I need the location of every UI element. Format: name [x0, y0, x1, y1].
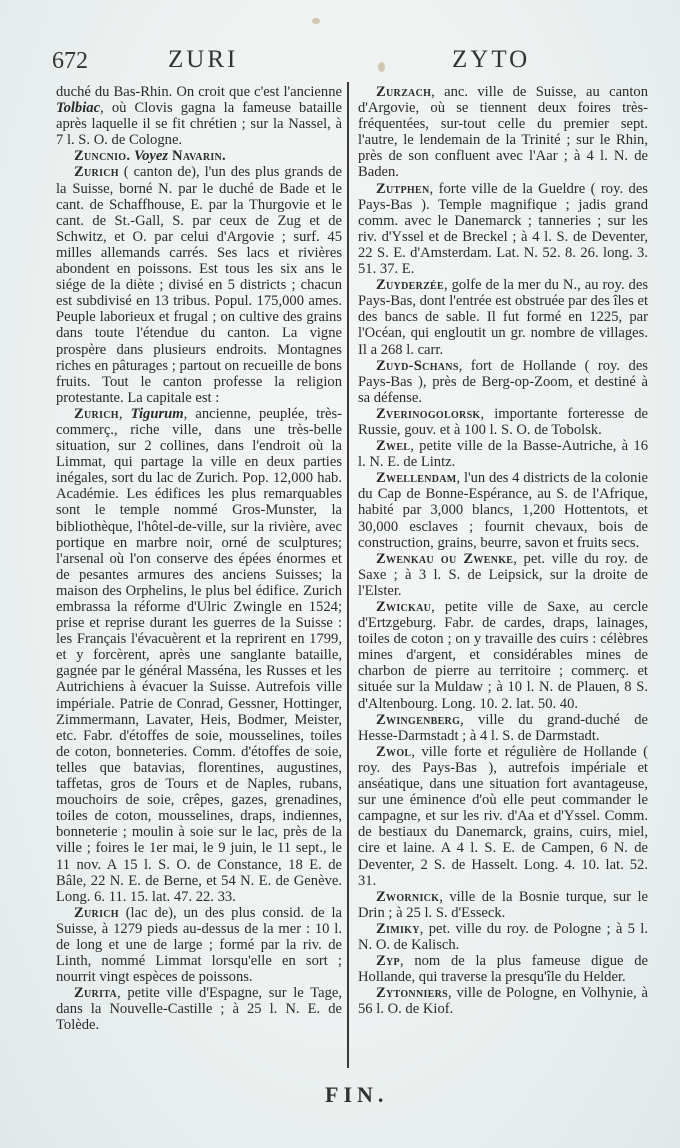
dictionary-entry: Zimiky, pet. ville du roy. de Pologne ; … [358, 921, 648, 953]
entry-headword: Zwingenberg [376, 712, 460, 728]
dictionary-entry: Zurita, petite ville d'Espagne, sur le T… [56, 985, 342, 1033]
dictionary-entry: Zurich ( canton de), l'un des plus grand… [56, 164, 342, 405]
dictionary-entry: Zurich (lac de), un des plus consid. de … [56, 905, 342, 985]
dictionary-entry: Zurich, Tigurum, ancienne, peuplée, très… [56, 406, 342, 905]
entry-headword: Zurich [74, 905, 119, 921]
dictionary-entry: Zverinogolorsk, importante forteresse de… [358, 406, 648, 438]
entry-headword: Zverinogolorsk [376, 406, 481, 422]
entry-headword: Zuyd-Schans [376, 358, 459, 374]
entry-headword: Zwellendam [376, 470, 457, 486]
foxing-stain [312, 18, 320, 24]
dictionary-entry: Zwel, petite ville de la Basse-Autriche,… [358, 438, 648, 470]
entry-headword: Zuncnio. [74, 148, 130, 164]
dictionary-entry: Zwingenberg, ville du grand-duché de Hes… [358, 712, 648, 744]
running-head-left: ZURI [168, 46, 238, 74]
entry-headword: Zuyderzée [376, 277, 444, 293]
page-header: 672 ZURI ZYTO [0, 46, 680, 80]
dictionary-entry: Zwol, ville forte et régulière de Hollan… [358, 744, 648, 889]
dictionary-entry: Zwenkau ou Zwenke, pet. ville du roy. de… [358, 551, 648, 599]
entry-headword: Zwel [376, 438, 410, 454]
dictionary-entry: Zuyderzée, golfe de la mer du N., au roy… [358, 277, 648, 357]
right-column: Zurzach, anc. ville de Suisse, au canton… [358, 84, 648, 1017]
page-number: 672 [52, 48, 88, 75]
dictionary-entry: Zutphen, forte ville de la Gueldre ( roy… [358, 181, 648, 278]
entry-headword: Zimiky [376, 921, 420, 937]
entry-headword: Zurzach [376, 84, 431, 100]
entry-headword: Zwenkau ou Zwenke [376, 551, 513, 567]
dictionary-entry: Zwornick, ville de la Bosnie turque, sur… [358, 889, 648, 921]
dictionary-page: 672 ZURI ZYTO duché du Bas-Rhin. On croi… [0, 0, 680, 1148]
dictionary-entry: Zurzach, anc. ville de Suisse, au canton… [358, 84, 648, 181]
dictionary-entry: Zuyd-Schans, fort de Hollande ( roy. des… [358, 358, 648, 406]
entry-headword: Zurich [74, 164, 119, 180]
dictionary-entry: Zwickau, petite ville de Saxe, au cercle… [358, 599, 648, 712]
entry-headword: Zurich [74, 406, 119, 422]
column-divider [347, 82, 349, 1068]
entry-headword: Zutphen [376, 181, 430, 197]
running-head-right: ZYTO [452, 46, 530, 74]
entry-headword: Zytonniers [376, 985, 448, 1001]
dictionary-entry: Zuncnio. Voyez Navarin. [56, 148, 342, 164]
entry-headword: Zwornick [376, 889, 439, 905]
end-mark: FIN. [325, 1082, 388, 1108]
dictionary-entry: Zwellendam, l'un des 4 districts de la c… [358, 470, 648, 550]
entry-headword: Zurita [74, 985, 117, 1001]
dictionary-entry: duché du Bas-Rhin. On croit que c'est l'… [56, 84, 342, 148]
left-column: duché du Bas-Rhin. On croit que c'est l'… [56, 84, 342, 1034]
dictionary-entry: Zytonniers, ville de Pologne, en Volhyni… [358, 985, 648, 1017]
entry-headword: Zwol [376, 744, 411, 760]
dictionary-entry: Zyp, nom de la plus fameuse digue de Hol… [358, 953, 648, 985]
entry-headword: Zyp [376, 953, 400, 969]
entry-headword: Zwickau [376, 599, 431, 615]
